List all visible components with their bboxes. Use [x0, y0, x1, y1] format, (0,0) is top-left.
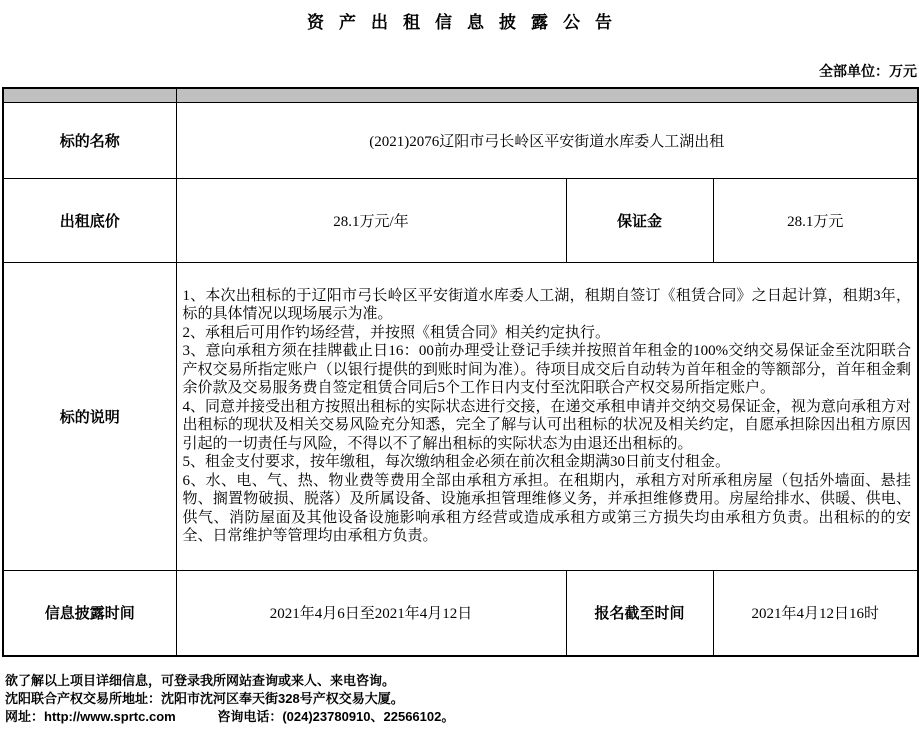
deposit-value: 28.1万元: [713, 178, 918, 262]
deposit-label: 保证金: [566, 178, 713, 262]
disclosure-time-value: 2021年4月6日至2021年4月12日: [176, 570, 566, 656]
description-label: 标的说明: [3, 262, 176, 570]
footer-phone: 咨询电话：(024)23780910、22566102。: [217, 708, 454, 726]
registration-deadline-label: 报名截至时间: [566, 570, 713, 656]
subject-name-row: 标的名称 (2021)2076辽阳市弓长岭区平安街道水库委人工湖出租: [3, 102, 918, 178]
page-title: 资产出租信息披露公告: [0, 8, 919, 33]
footer-address-line: 沈阳联合产权交易所地址：沈阳市沈河区奉天街328号产权交易大厦。: [5, 690, 915, 708]
disclosure-time-label: 信息披露时间: [3, 570, 176, 656]
base-price-value: 28.1万元/年: [176, 178, 566, 262]
table-header-right-cell: [176, 88, 918, 102]
disclosure-table: 标的名称 (2021)2076辽阳市弓长岭区平安街道水库委人工湖出租 出租底价 …: [2, 87, 919, 657]
table-header-left-cell: [3, 88, 176, 102]
registration-deadline-value: 2021年4月12日16时: [713, 570, 918, 656]
subject-name-label: 标的名称: [3, 102, 176, 178]
footer-website: 网址：http://www.sprtc.com: [5, 708, 176, 726]
table-header-row: [3, 88, 918, 102]
price-row: 出租底价 28.1万元/年 保证金 28.1万元: [3, 178, 918, 262]
description-row: 标的说明 1、本次出租标的于辽阳市弓长岭区平安街道水库委人工湖，租期自签订《租赁…: [3, 262, 918, 570]
unit-note: 全部单位：万元: [819, 61, 917, 81]
disclosure-time-row: 信息披露时间 2021年4月6日至2021年4月12日 报名截至时间 2021年…: [3, 570, 918, 656]
subject-name-value: (2021)2076辽阳市弓长岭区平安街道水库委人工湖出租: [176, 102, 918, 178]
footer-web-phone-line: 网址：http://www.sprtc.com 咨询电话：(024)237809…: [5, 708, 915, 726]
description-text: 1、本次出租标的于辽阳市弓长岭区平安街道水库委人工湖，租期自签订《租赁合同》之日…: [176, 262, 918, 570]
base-price-label: 出租底价: [3, 178, 176, 262]
footer-notes: 欲了解以上项目详细信息，可登录我所网站查询或来人、来电咨询。 沈阳联合产权交易所…: [5, 672, 915, 726]
footer-contact-line: 欲了解以上项目详细信息，可登录我所网站查询或来人、来电咨询。: [5, 672, 915, 690]
